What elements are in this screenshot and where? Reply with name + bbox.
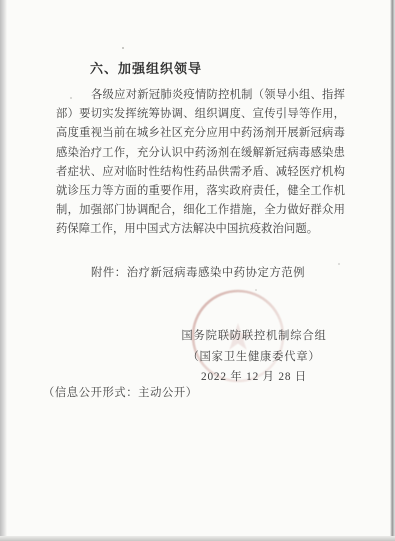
scan-edge-left	[0, 0, 7, 541]
signature-seal-note: （国家卫生健康委代章）	[172, 347, 336, 368]
signature-organization: 国务院联防联控机制综合组	[172, 326, 336, 347]
scanned-document-page: 六、加强组织领导 各级应对新冠肺炎疫情防控机制（领导小组、指挥部）要切实发挥统筹…	[0, 0, 395, 541]
scan-speck	[255, 289, 257, 291]
body-paragraph: 各级应对新冠肺炎疫情防控机制（领导小组、指挥部）要切实发挥统筹协调、组织调度、宣…	[56, 86, 345, 240]
signature-block: 国务院联防联控机制综合组 （国家卫生健康委代章） 2022 年 12 月 28 …	[172, 326, 336, 388]
section-heading: 六、加强组织领导	[90, 58, 202, 77]
scan-edge-right	[390, 0, 395, 541]
scan-speck	[122, 47, 124, 49]
signature-date: 2022 年 12 月 28 日	[172, 367, 336, 388]
scan-edge-bottom	[0, 536, 395, 541]
attachment-line: 附件：治疗新冠病毒感染中药协定方范例	[56, 264, 356, 280]
